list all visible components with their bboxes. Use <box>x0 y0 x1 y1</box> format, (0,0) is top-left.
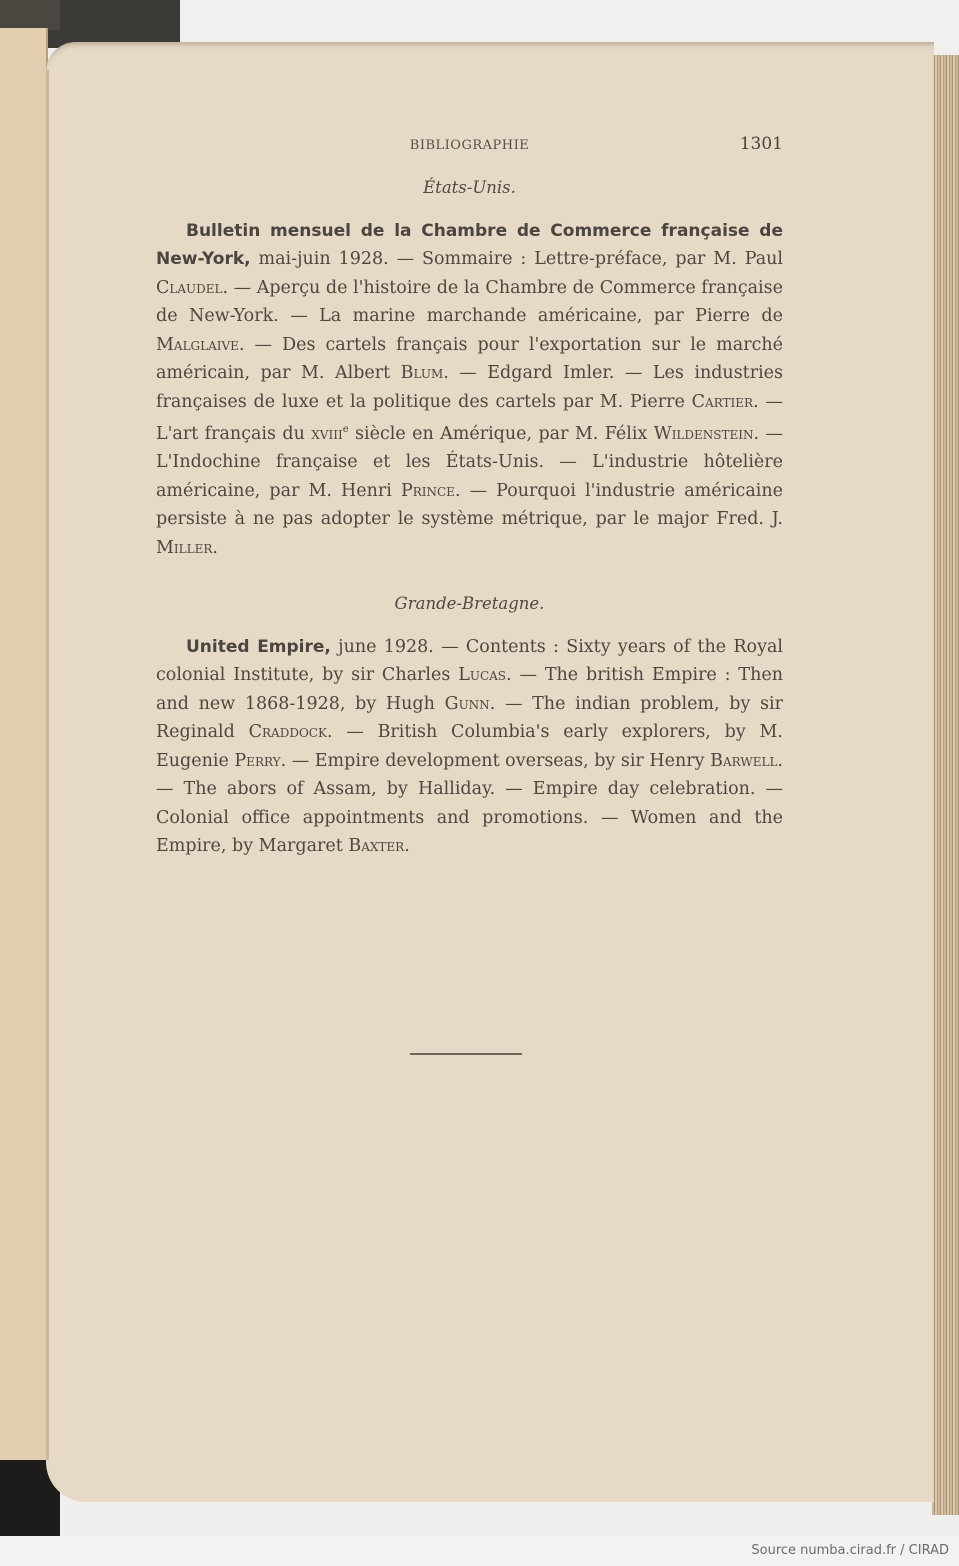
author-surname: Perry <box>234 751 280 771</box>
author-surname: Prince <box>401 481 455 501</box>
century-numeral: xviii <box>311 424 342 444</box>
section-title-etats-unis: États-Unis. <box>156 174 783 203</box>
author-surname: Cartier <box>692 392 753 412</box>
page-number: 1301 <box>740 130 783 159</box>
section-end-rule <box>410 1053 522 1055</box>
author-surname: Miller <box>156 538 212 558</box>
bibliography-entry: United Empire, june 1928. — Contents : S… <box>156 633 783 861</box>
page-gutter <box>46 70 49 1460</box>
author-surname: Craddock <box>249 722 327 742</box>
author-surname: Lucas <box>458 665 506 685</box>
section-title-grande-bretagne: Grande-Bretagne. <box>156 590 783 619</box>
author-surname: Gunn <box>445 694 490 714</box>
running-title: BIBLIOGRAPHIE <box>156 132 783 161</box>
author-surname: Blum <box>401 363 444 383</box>
author-surname: Wildenstein <box>654 424 754 444</box>
bibliography-entry: Bulletin mensuel de la Chambre de Commer… <box>156 217 783 563</box>
book-binding-corner <box>0 0 60 30</box>
scanned-book-spread: BIBLIOGRAPHIE 1301 États-Unis. Bulletin … <box>0 0 959 1536</box>
page-text: BIBLIOGRAPHIE 1301 États-Unis. Bulletin … <box>156 128 783 861</box>
publication-title: United Empire, <box>186 637 331 657</box>
author-surname: Barwell <box>710 751 777 771</box>
source-credit: Source numba.cirad.fr / CIRAD <box>751 1543 949 1558</box>
author-surname: Baxter <box>348 836 404 856</box>
author-surname: Claudel <box>156 278 223 298</box>
author-surname: Malglaive <box>156 335 239 355</box>
previous-page-edge <box>0 28 48 1468</box>
page-stack-edges <box>932 55 959 1515</box>
running-head: BIBLIOGRAPHIE 1301 <box>156 128 783 158</box>
